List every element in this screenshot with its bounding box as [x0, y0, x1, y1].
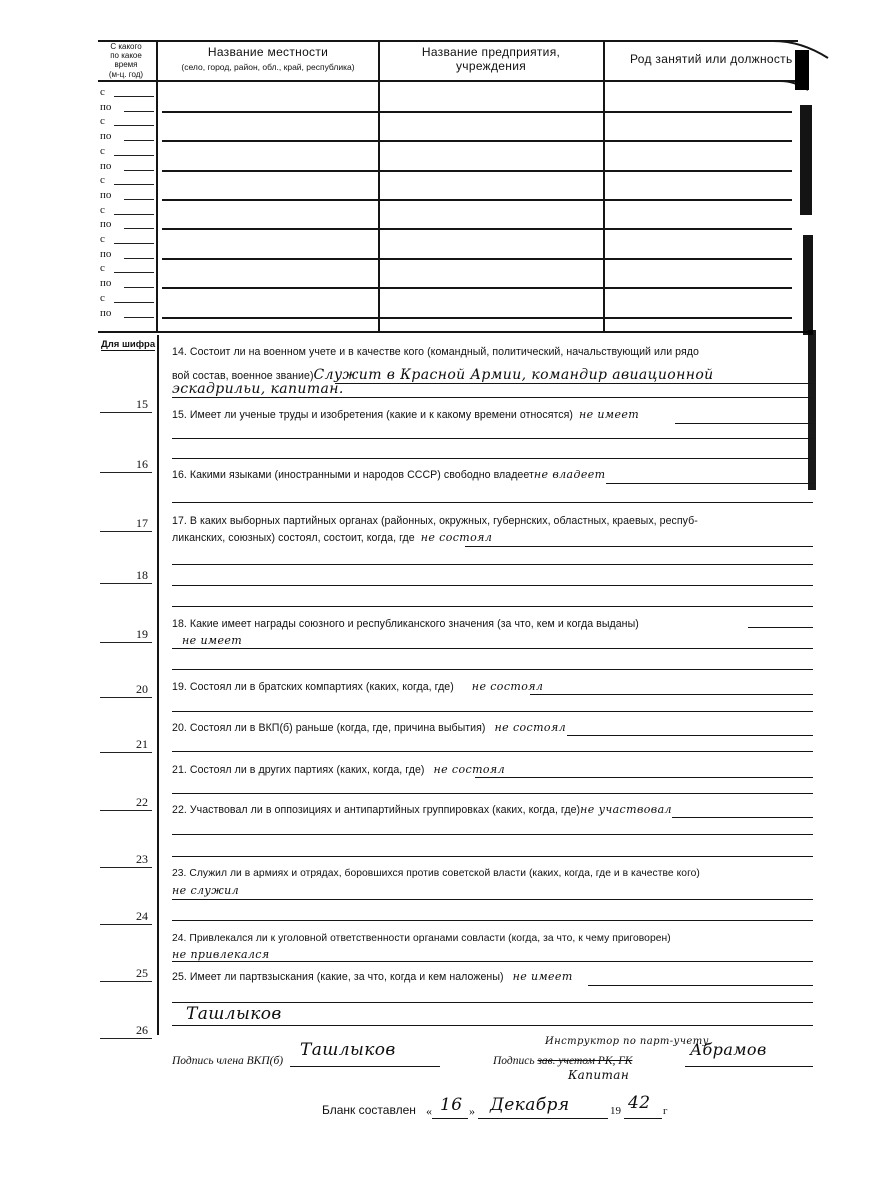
table-row-line	[162, 170, 792, 172]
answer-line	[172, 438, 813, 439]
answer-line	[172, 961, 813, 962]
table-top-border	[98, 40, 798, 42]
cipher-code: 24	[100, 909, 148, 924]
cipher-field[interactable]	[100, 924, 152, 925]
answer-line	[172, 458, 813, 459]
member-signature-label: Подпись члена ВКП(б)	[172, 1055, 283, 1067]
question-19: 19. Состоял ли в братских компартиях (ка…	[172, 680, 543, 693]
answer-line	[172, 585, 813, 586]
answer-line	[172, 751, 813, 752]
period-field[interactable]	[114, 155, 154, 156]
period-label: с	[100, 233, 105, 245]
answer-24[interactable]: не привлекался	[172, 948, 270, 961]
answer-15[interactable]: не имеет	[579, 408, 639, 421]
period-label: по	[100, 248, 111, 260]
header-bottom-border	[98, 80, 798, 82]
period-field[interactable]	[114, 214, 154, 215]
answer-line	[588, 985, 813, 986]
answer-16[interactable]: не владеет	[534, 468, 606, 481]
cipher-field[interactable]	[100, 867, 152, 868]
cipher-field[interactable]	[100, 810, 152, 811]
date-century: 19	[610, 1105, 621, 1117]
period-field[interactable]	[114, 96, 154, 97]
answer-14-line1[interactable]: Служит в Красной Армии, командир авиацио…	[314, 367, 714, 383]
cipher-code: 15	[100, 397, 148, 412]
cipher-field[interactable]	[100, 412, 152, 413]
date-label: Бланк составлен	[322, 1103, 416, 1117]
table-bottom-border	[98, 331, 813, 333]
answer-22[interactable]: не участвовал	[580, 803, 672, 816]
answer-line	[172, 793, 813, 794]
period-label: по	[100, 160, 111, 172]
period-field[interactable]	[114, 125, 154, 126]
answer-19[interactable]: не состоял	[472, 680, 544, 693]
question-25: 25. Имеет ли партвзыскания (какие, за чт…	[172, 970, 573, 983]
date-month[interactable]: Декабря	[490, 1095, 569, 1115]
cipher-code: 20	[100, 682, 148, 697]
cipher-code: 21	[100, 737, 148, 752]
cipher-field[interactable]	[100, 1038, 152, 1039]
answer-line	[465, 546, 813, 547]
answer-line	[172, 606, 813, 607]
period-label: по	[100, 307, 111, 319]
cipher-label: Для шифра	[101, 339, 155, 351]
period-label: с	[100, 86, 105, 98]
question-20: 20. Состоял ли в ВКП(б) раньше (когда, г…	[172, 721, 566, 734]
period-label: с	[100, 174, 105, 186]
divider-period	[156, 42, 158, 332]
cipher-divider	[157, 335, 159, 1035]
question-23: 23. Служил ли в армиях и отрядах, боровш…	[172, 868, 700, 879]
scan-shadow	[808, 330, 816, 490]
date-month-line	[478, 1118, 608, 1119]
scan-shadow	[803, 235, 813, 335]
cipher-code: 23	[100, 852, 148, 867]
date-year-line	[624, 1118, 662, 1119]
answer-14-line2[interactable]: эскадрильи, капитан.	[172, 381, 344, 397]
header-locality: Название местности (село, город, район, …	[158, 46, 378, 73]
registrar-rank-handwritten: Капитан	[568, 1068, 629, 1082]
answer-line	[567, 735, 813, 736]
registrar-signature[interactable]: Абрамов	[690, 1040, 767, 1059]
cipher-code: 22	[100, 795, 148, 810]
registrar-signature-label: Подпись зав. учетом РК, ГК	[493, 1055, 632, 1067]
question-14-line1: 14. Состоит ли на военном учете и в каче…	[172, 346, 699, 358]
period-field[interactable]	[124, 199, 154, 200]
answer-line	[172, 711, 813, 712]
answer-line	[172, 1025, 813, 1026]
period-field[interactable]	[114, 302, 154, 303]
date-day[interactable]: 16	[440, 1095, 462, 1115]
answer-line	[748, 627, 813, 628]
question-22: 22. Участвовал ли в оппозициях и антипар…	[172, 803, 672, 816]
date-suffix: г	[663, 1105, 668, 1117]
answer-line	[172, 899, 813, 900]
period-label: по	[100, 189, 111, 201]
header-enterprise: Название предприятия, учреждения	[380, 46, 602, 74]
answer-line	[475, 777, 813, 778]
answer-line	[172, 1002, 813, 1003]
answer-line	[172, 834, 813, 835]
period-label: с	[100, 262, 105, 274]
cipher-field[interactable]	[100, 981, 152, 982]
signature-line	[685, 1066, 813, 1067]
question-17-line1: 17. В каких выборных партийных органах (…	[172, 515, 698, 527]
cipher-code: 18	[100, 568, 148, 583]
cipher-field[interactable]	[100, 642, 152, 643]
quote-open: «	[426, 1104, 432, 1119]
answer-line	[675, 423, 813, 424]
table-row-line	[162, 287, 792, 289]
cipher-field[interactable]	[100, 752, 152, 753]
period-label: с	[100, 145, 105, 157]
cipher-field[interactable]	[100, 697, 152, 698]
cipher-code: 17	[100, 516, 148, 531]
period-field[interactable]	[124, 317, 154, 318]
answer-line	[172, 669, 813, 670]
signature-line	[290, 1066, 440, 1067]
period-field[interactable]	[124, 228, 154, 229]
table-row-line	[162, 140, 792, 142]
answer-line	[172, 920, 813, 921]
answer-line	[172, 502, 813, 503]
question-24: 24. Привлекался ли к уголовной ответстве…	[172, 933, 671, 944]
table-row-line	[162, 228, 792, 230]
date-year[interactable]: 42	[628, 1093, 650, 1113]
registrar-title-handwritten: Инструктор по парт-учету	[545, 1036, 709, 1047]
table-row-line	[162, 111, 792, 113]
answer-line	[530, 694, 813, 695]
cipher-field[interactable]	[100, 531, 152, 532]
answer-23[interactable]: не служил	[172, 884, 239, 897]
period-label: по	[100, 277, 111, 289]
period-label: с	[100, 204, 105, 216]
period-label: с	[100, 115, 105, 127]
quote-close: »	[469, 1104, 475, 1119]
answer-line	[172, 564, 813, 565]
answer-18[interactable]: не имеет	[182, 634, 242, 647]
question-15: 15. Имеет ли ученые труды и изобретения …	[172, 408, 639, 421]
table-row-line	[162, 258, 792, 260]
answer-line	[606, 483, 813, 484]
period-label: по	[100, 130, 111, 142]
scan-shadow	[800, 105, 812, 215]
period-field[interactable]	[124, 170, 154, 171]
period-label: по	[100, 218, 111, 230]
cipher-code: 25	[100, 966, 148, 981]
period-label: по	[100, 101, 111, 113]
answer-line	[672, 817, 813, 818]
header-period: С какого по какое время (м-ц. год)	[98, 42, 154, 79]
question-16: 16. Какими языками (иностранными и народ…	[172, 468, 606, 481]
table-row-line	[162, 199, 792, 201]
member-signature[interactable]: Ташлыков	[300, 1040, 396, 1060]
period-field[interactable]	[124, 111, 154, 112]
period-label: с	[100, 292, 105, 304]
date-day-line	[432, 1118, 468, 1119]
table-row-line	[162, 317, 792, 319]
answer-20[interactable]: не состоял	[495, 721, 567, 734]
period-field[interactable]	[114, 272, 154, 273]
cipher-code: 26	[100, 1023, 148, 1038]
period-field[interactable]	[114, 184, 154, 185]
answer-line	[172, 648, 813, 649]
cipher-code: 16	[100, 457, 148, 472]
header-occupation: Род занятий или должность	[630, 53, 800, 67]
cipher-field[interactable]	[100, 583, 152, 584]
registrar-role-struck: зав. учетом РК, ГК	[537, 1055, 632, 1067]
question-21: 21. Состоял ли в других партиях (каких, …	[172, 763, 505, 776]
period-field[interactable]	[124, 140, 154, 141]
period-field[interactable]	[124, 258, 154, 259]
cipher-field[interactable]	[100, 472, 152, 473]
answer-25[interactable]: не имеет	[513, 970, 573, 983]
answer-21[interactable]: не состоял	[433, 763, 505, 776]
period-field[interactable]	[124, 287, 154, 288]
question-17-line2: ликанских, союзных) состоял, состоит, ко…	[172, 531, 492, 544]
surname-handwritten[interactable]: Ташлыков	[186, 1004, 282, 1024]
period-field[interactable]	[114, 243, 154, 244]
answer-line	[335, 383, 813, 384]
answer-17[interactable]: не состоял	[421, 531, 493, 544]
cipher-code: 19	[100, 627, 148, 642]
answer-line	[172, 397, 813, 398]
question-18: 18. Какие имеет награды союзного и респу…	[172, 618, 639, 630]
scan-shadow	[795, 50, 809, 90]
answer-line	[172, 856, 813, 857]
